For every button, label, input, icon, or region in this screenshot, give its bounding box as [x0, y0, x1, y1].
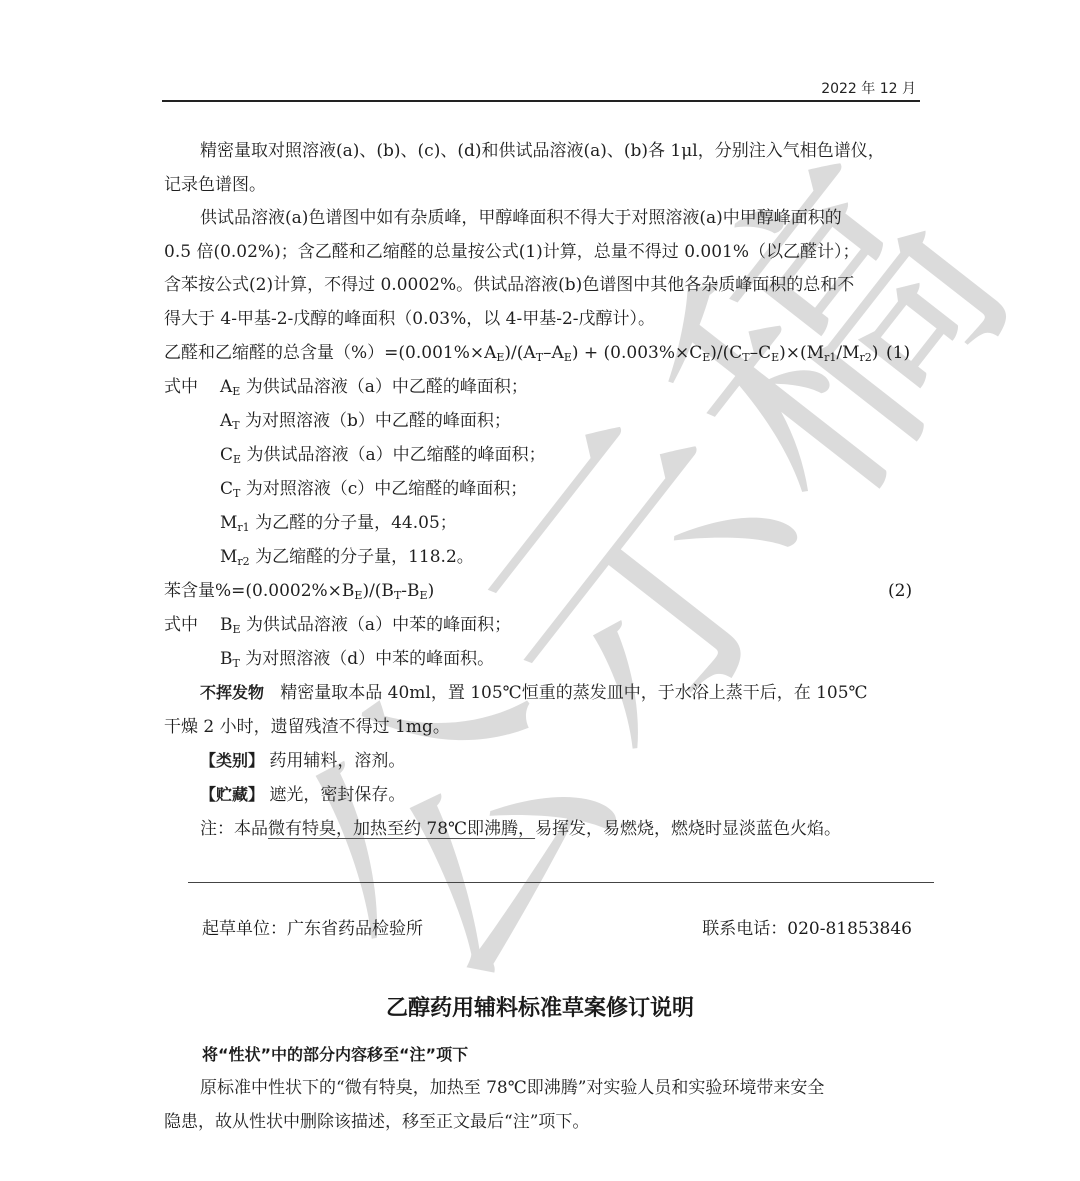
paragraph-line: 供试品溶液(a)色谱图中如有杂质峰，甲醇峰面积不得大于对照溶液(a)中甲醇峰面积… — [200, 207, 842, 229]
revision-title: 乙醇药用辅料标准草案修订说明 — [0, 994, 1080, 1024]
nonvolatile-line: 不挥发物 精密量取本品 40ml，置 105℃恒重的蒸发皿中，于水浴上蒸干后，在… — [200, 682, 868, 704]
variable-definition: Mr2 为乙缩醛的分子量，118.2。 — [220, 546, 474, 568]
variable-definition: AE 为供试品溶液（a）中乙醛的峰面积； — [220, 376, 528, 398]
paragraph-line: 隐患，故从性状中删除该描述，移至正文最后“注”项下。 — [164, 1111, 589, 1133]
paragraph-line: 得大于 4-甲基-2-戊醇的峰面积（0.03%，以 4-甲基-2-戊醇计）。 — [164, 308, 655, 330]
variable-definition: BT 为对照溶液（d）中苯的峰面积。 — [220, 648, 494, 670]
where-label: 式中 — [164, 614, 198, 636]
category-line: 【类别】 药用辅料，溶剂。 — [200, 750, 405, 772]
formula-2: 苯含量%=(0.0002%×BE)/(BT-BE) — [164, 580, 434, 602]
variable-definition: AT 为对照溶液（b）中乙醛的峰面积； — [220, 410, 511, 432]
paragraph-line: 精密量取对照溶液(a)、(b)、(c)、(d)和供试品溶液(a)、(b)各 1μ… — [200, 140, 885, 162]
paragraph-line: 0.5 倍(0.02%)；含乙醛和乙缩醛的总量按公式(1)计算，总量不得过 0.… — [164, 241, 860, 263]
header-rule — [162, 100, 920, 102]
variable-definition: CT 为对照溶液（c）中乙缩醛的峰面积； — [220, 478, 527, 500]
storage-line: 【贮藏】 遮光，密封保存。 — [200, 784, 405, 806]
variable-definition: CE 为供试品溶液（a）中乙缩醛的峰面积； — [220, 444, 546, 466]
paragraph-line: 干燥 2 小时，遗留残渣不得过 1mg。 — [164, 716, 450, 738]
revision-heading: 将“性状”中的部分内容移至“注”项下 — [202, 1044, 468, 1066]
footer-rule — [188, 882, 934, 883]
contact-phone: 联系电话：020-81853846 — [702, 918, 912, 940]
paragraph-line: 含苯按公式(2)计算，不得过 0.0002%。供试品溶液(b)色谱图中其他各杂质… — [164, 274, 854, 296]
header-date: 2022 年 12 月 — [821, 78, 916, 98]
category-label: 【类别】 — [200, 751, 264, 770]
drafting-unit: 起草单位：广东省药品检验所 — [202, 918, 423, 940]
variable-definition: BE 为供试品溶液（a）中苯的峰面积； — [220, 614, 511, 636]
equation-number: (2) — [888, 580, 912, 602]
variable-definition: Mr1 为乙醛的分子量，44.05； — [220, 512, 457, 534]
paragraph-line: 原标准中性状下的“微有特臭，加热至 78℃即沸腾”对实验人员和实验环境带来安全 — [200, 1077, 824, 1099]
where-label: 式中 — [164, 376, 198, 398]
document-page: 2022 年 12 月 精密量取对照溶液(a)、(b)、(c)、(d)和供试品溶… — [0, 0, 1080, 1181]
equation-number: (1) — [886, 342, 910, 364]
paragraph-line: 记录色谱图。 — [164, 174, 266, 196]
underlined-text: 微有特臭，加热至约 78℃即沸腾， — [268, 819, 535, 839]
storage-label: 【贮藏】 — [200, 785, 264, 804]
formula-1: 乙醛和乙缩醛的总含量（%）=(0.001%×AE)/(AT–AE) + (0.0… — [164, 342, 878, 364]
note-line: 注：本品微有特臭，加热至约 78℃即沸腾，易挥发，易燃烧，燃烧时显淡蓝色火焰。 — [200, 818, 841, 840]
nonvolatile-label: 不挥发物 — [200, 683, 264, 702]
